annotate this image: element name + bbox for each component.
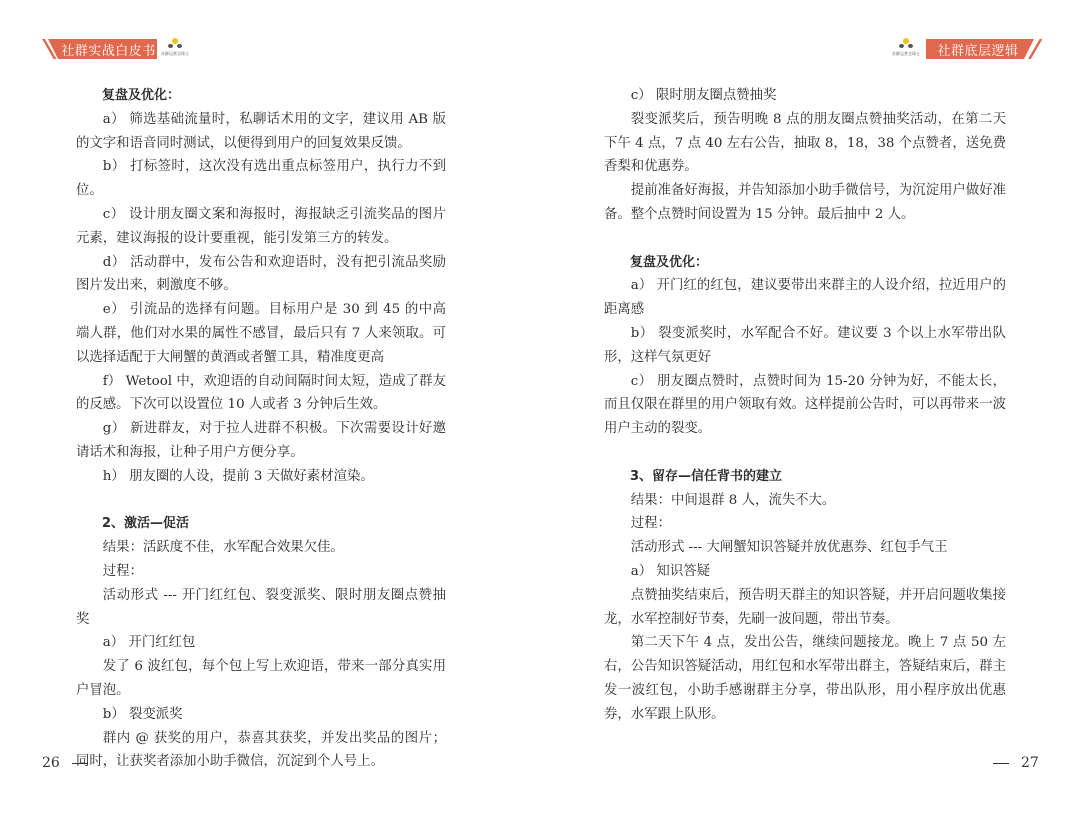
paragraph-spacer [76, 489, 446, 513]
body-paragraph: a） 开门红红包 [76, 631, 446, 655]
chapter-title-ribbon: 社群底层逻辑 [926, 39, 1038, 59]
body-paragraph: 第二天下午 4 点，发出公告，继续问题接龙。晚上 7 点 50 左右，公告知识答… [604, 631, 1006, 726]
body-paragraph: 点赞抽奖结束后，预告明天群主的知识答疑，并开启问题收集接龙，水军控制好节奏，先刷… [604, 584, 1006, 632]
paragraph-spacer [604, 227, 1006, 251]
folio-dash [993, 763, 1009, 764]
right-page-body: c） 限时朋友圈点赞抽奖裂变派奖后，预告明晚 8 点的朋友圈点赞抽奖活动，在第二… [604, 84, 1006, 727]
logo-text: 社群运营全球士 [161, 51, 189, 57]
body-paragraph: 过程： [604, 512, 1006, 536]
body-paragraph: a） 开门红的红包，建议要带出来群主的人设介绍，拉近用户的距离感 [604, 274, 1006, 322]
body-paragraph: g） 新进群友，对于拉人进群不积极。下次需要设计好邀请话术和海报，让种子用户方便… [76, 417, 446, 465]
logo-icon [899, 38, 913, 50]
page-number-left: 26 [42, 755, 88, 771]
body-paragraph: 裂变派奖后，预告明晚 8 点的朋友圈点赞抽奖活动，在第二天下午 4 点，7 点 … [604, 108, 1006, 179]
section-heading: 复盘及优化： [604, 251, 1006, 275]
body-paragraph: 群内 @ 获奖的用户，恭喜其获奖，并发出奖品的图片；同时，让获奖者添加小助手微信… [76, 727, 446, 775]
body-paragraph: 提前准备好海报，并告知添加小助手微信号，为沉淀用户做好准备。整个点赞时间设置为 … [604, 179, 1006, 227]
header-slash-decoration-right [1028, 39, 1042, 59]
body-paragraph: c） 朋友圈点赞时，点赞时间为 15-20 分钟为好，不能太长，而且仅限在群里的… [604, 370, 1006, 441]
page-number: 26 [42, 755, 60, 771]
body-paragraph: h） 朋友圈的人设，提前 3 天做好素材渲染。 [76, 465, 446, 489]
body-paragraph: b） 裂变派奖 [76, 703, 446, 727]
section-heading: 2、激活—促活 [76, 512, 446, 536]
body-paragraph: 发了 6 波红包，每个包上写上欢迎语，带来一部分真实用户冒泡。 [76, 655, 446, 703]
logo-icon [168, 38, 182, 50]
body-paragraph: d） 活动群中，发布公告和欢迎语时，没有把引流品奖励图片发出来，刺激度不够。 [76, 251, 446, 299]
publisher-logo-left: 社群运营全球士 [161, 38, 189, 62]
body-paragraph: 过程： [76, 560, 446, 584]
body-paragraph: c） 限时朋友圈点赞抽奖 [604, 84, 1006, 108]
body-paragraph: a） 知识答疑 [604, 560, 1006, 584]
body-paragraph: b） 裂变派奖时，水军配合不好。建议要 3 个以上水军带出队形，这样气氛更好 [604, 322, 1006, 370]
body-paragraph: e） 引流品的选择有问题。目标用户是 30 到 45 的中高端人群，他们对水果的… [76, 298, 446, 369]
header-banner-right: 社群底层逻辑 [926, 39, 1038, 59]
publisher-logo-right: 社群运营全球士 [892, 38, 920, 62]
left-page-body: 复盘及优化：a） 筛选基础流量时，私聊话术用的文字，建议用 AB 版的文字和语音… [76, 84, 446, 774]
body-paragraph: 活动形式 --- 大闸蟹知识答疑并放优惠券、红包手气王 [604, 536, 1006, 560]
logo-text: 社群运营全球士 [892, 51, 920, 57]
section-heading: 3、留存—信任背书的建立 [604, 465, 1006, 489]
body-paragraph: a） 筛选基础流量时，私聊话术用的文字，建议用 AB 版的文字和语音同时测试，以… [76, 108, 446, 156]
body-paragraph: f） Wetool 中，欢迎语的自动间隔时间太短，造成了群友的反感。下次可以设置… [76, 370, 446, 418]
header-banner-left: 社群实战白皮书 [42, 39, 157, 59]
book-title-ribbon: 社群实战白皮书 [42, 39, 157, 59]
paragraph-spacer [604, 441, 1006, 465]
body-paragraph: 活动形式 --- 开门红红包、裂变派奖、限时朋友圈点赞抽奖 [76, 584, 446, 632]
body-paragraph: c） 设计朋友圈文案和海报时，海报缺乏引流奖品的图片元素，建议海报的设计要重视，… [76, 203, 446, 251]
body-paragraph: 结果：中间退群 8 人，流失不大。 [604, 489, 1006, 513]
body-paragraph: b） 打标签时，这次没有选出重点标签用户，执行力不到位。 [76, 155, 446, 203]
page-number: 27 [1021, 755, 1039, 771]
body-paragraph: 结果：活跃度不佳，水军配合效果欠佳。 [76, 536, 446, 560]
section-heading: 复盘及优化： [76, 84, 446, 108]
folio-dash [72, 763, 88, 764]
page-number-right: 27 [993, 755, 1039, 771]
